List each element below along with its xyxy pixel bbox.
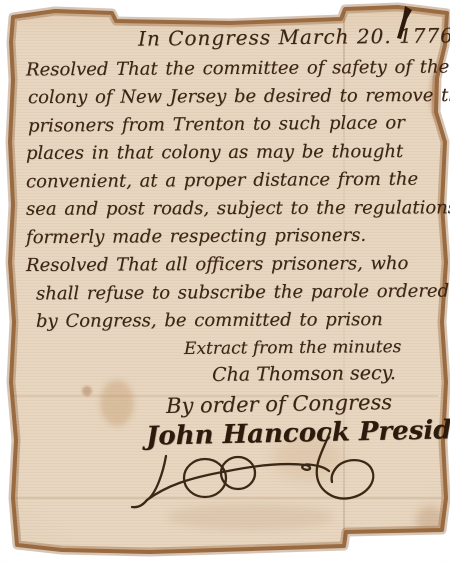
attestation-line: Extract from the minutes bbox=[184, 337, 402, 359]
photo-background: In Congress March 20. 1776 Resolved That… bbox=[0, 0, 450, 563]
body-line: formerly made respecting prisoners. bbox=[26, 225, 366, 248]
body-line: places in that colony as may be thought bbox=[26, 141, 403, 164]
signature-flourish bbox=[128, 428, 428, 523]
secretary-signature: Cha Thomson secy. bbox=[212, 362, 396, 386]
authority-line: By order of Congress bbox=[166, 390, 392, 418]
body-line: sea and post roads, subject to the regul… bbox=[26, 197, 450, 220]
body-line: colony of New Jersey be desired to remov… bbox=[28, 85, 450, 108]
body-line: prisoners from Trenton to such place or bbox=[28, 112, 405, 136]
body-line: shall refuse to subscribe the parole ord… bbox=[36, 281, 449, 305]
body-line: convenient, at a proper distance from th… bbox=[26, 169, 418, 193]
body-line: Resolved That all officers prisoners, wh… bbox=[26, 253, 408, 276]
body-line: by Congress, be committed to prison bbox=[36, 309, 383, 332]
document-heading: In Congress March 20. 1776 bbox=[138, 23, 450, 50]
body-line: Resolved That the committee of safety of… bbox=[26, 57, 449, 81]
